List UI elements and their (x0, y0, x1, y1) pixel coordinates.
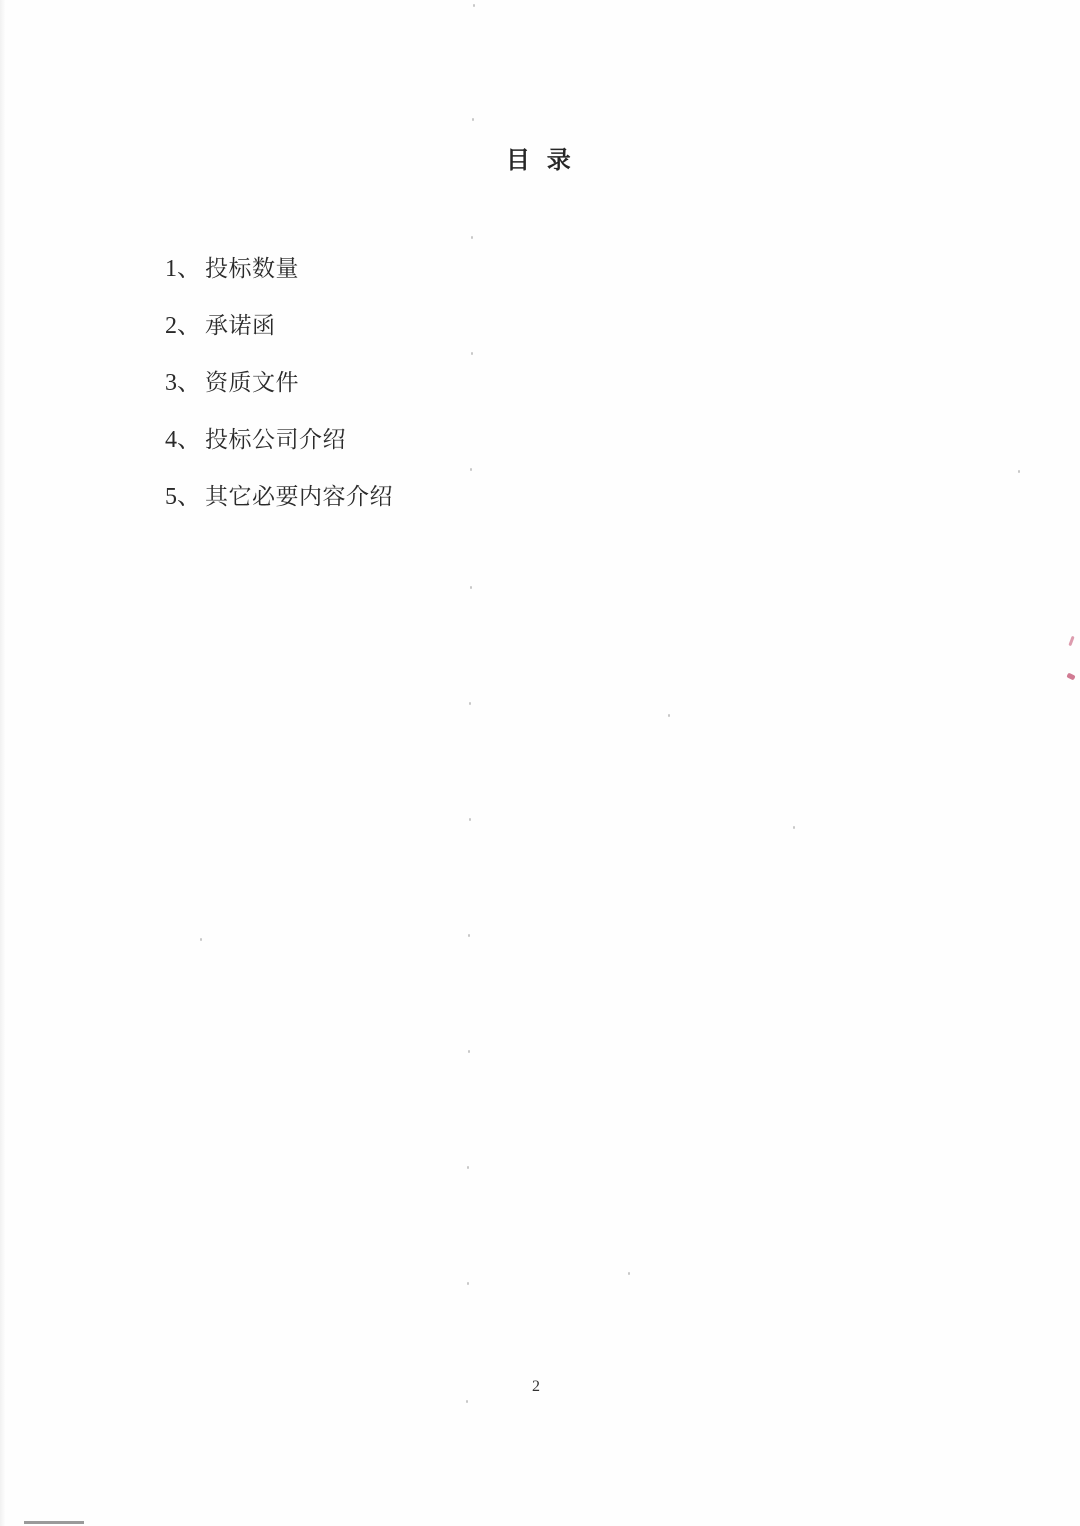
page-number: 2 (532, 1378, 540, 1396)
scan-speck (668, 714, 670, 717)
toc-item-label: 投标公司介绍 (205, 423, 346, 457)
scan-speck (469, 702, 471, 705)
stamp-fragment (1068, 636, 1074, 646)
toc-item-label: 资质文件 (205, 366, 299, 400)
scan-edge-line (24, 1521, 84, 1524)
toc-item: 5、 其它必要内容介绍 (165, 480, 393, 537)
page-title: 目 录 (506, 140, 571, 175)
toc-item-number: 2、 (165, 309, 205, 343)
table-of-contents: 1、 投标数量 2、 承诺函 3、 资质文件 4、 投标公司介绍 5、 其它必要… (165, 252, 393, 537)
scan-speck (628, 1272, 630, 1275)
scan-speck (793, 826, 795, 829)
toc-item-number: 3、 (165, 366, 205, 400)
scan-edge (0, 0, 6, 1526)
scan-speck (200, 938, 202, 941)
scan-speck (467, 1166, 469, 1169)
toc-item-label: 其它必要内容介绍 (205, 480, 393, 514)
scan-speck (471, 352, 473, 355)
toc-item: 3、 资质文件 (165, 366, 393, 423)
toc-item: 4、 投标公司介绍 (165, 423, 393, 480)
toc-item-label: 承诺函 (205, 309, 276, 343)
scan-speck (467, 1282, 469, 1285)
toc-item-label: 投标数量 (205, 252, 299, 286)
scan-speck (1018, 470, 1020, 473)
scan-speck (470, 468, 472, 471)
document-page: 目 录 1、 投标数量 2、 承诺函 3、 资质文件 4、 投标公司介绍 5、 … (0, 0, 1080, 1526)
toc-item: 2、 承诺函 (165, 309, 393, 366)
toc-item: 1、 投标数量 (165, 252, 393, 309)
stamp-fragment (1066, 673, 1075, 681)
scan-speck (471, 236, 473, 239)
scan-speck (470, 586, 472, 589)
scan-speck (469, 818, 471, 821)
scan-speck (466, 1400, 468, 1403)
toc-item-number: 1、 (165, 252, 205, 286)
scan-speck (468, 1050, 470, 1053)
scan-speck (473, 4, 475, 7)
toc-item-number: 5、 (165, 480, 205, 514)
scan-speck (472, 118, 474, 121)
toc-item-number: 4、 (165, 423, 205, 457)
scan-speck (468, 934, 470, 937)
